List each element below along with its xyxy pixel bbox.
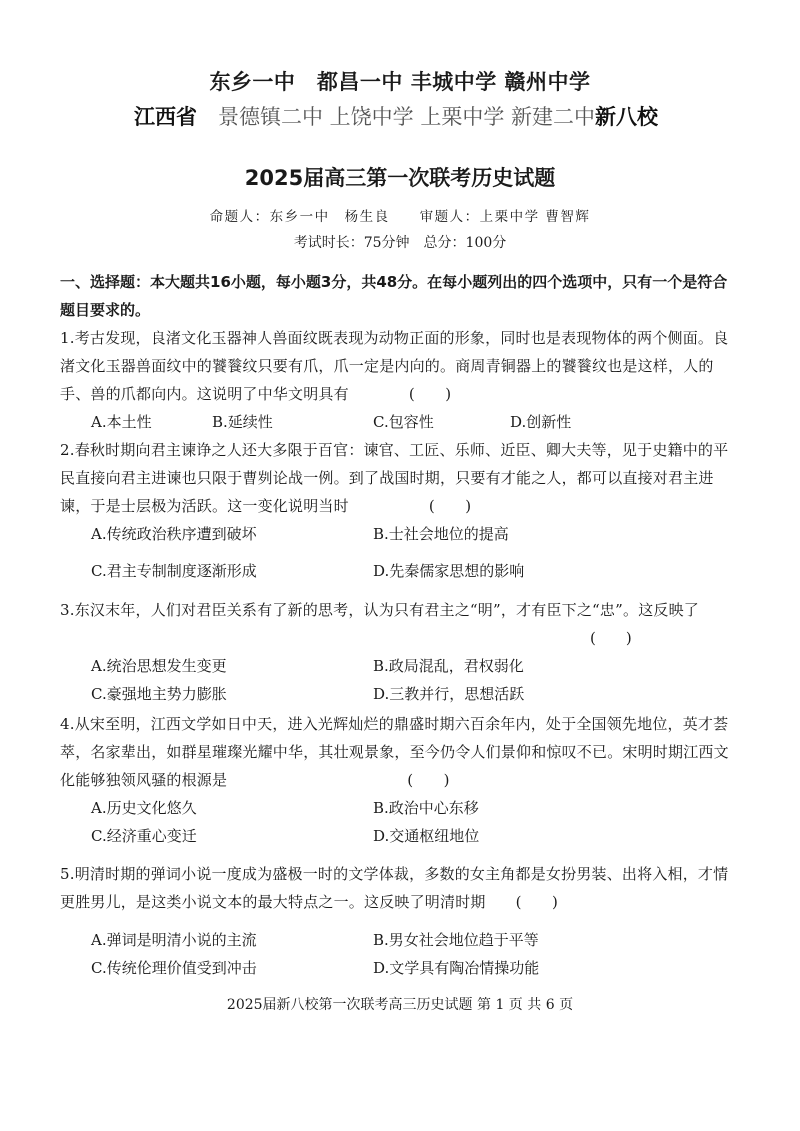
option-5c[interactable]: C.传统伦理价值受到冲击 bbox=[91, 954, 257, 982]
question-5: 5.明清时期的弹词小说一度成为盛极一时的文学体裁，多数的女主角都是女扮男装、出将… bbox=[60, 860, 740, 916]
option-2b[interactable]: B.士社会地位的提高 bbox=[373, 520, 509, 548]
question-3: 3.东汉末年，人们对君臣关系有了新的思考，认为只有君主之“明”，才有臣下之“忠”… bbox=[60, 596, 740, 624]
exam-title: 2025届高三第一次联考历史试题 bbox=[0, 162, 800, 192]
option-5b[interactable]: B.男女社会地位趋于平等 bbox=[373, 926, 539, 954]
page-footer: 2025届新八校第一次联考高三历史试题 第 1 页 共 6 页 bbox=[0, 994, 800, 1014]
answer-paren: ( ) bbox=[409, 380, 452, 408]
exam-authors: 命题人：东乡一中 杨生良 审题人：上栗中学 曹智辉 bbox=[0, 205, 800, 225]
option-3d[interactable]: D.三教并行，思想活跃 bbox=[373, 680, 524, 708]
question-4: 4.从宋至明，江西文学如日中天，进入光辉灿烂的鼎盛时期六百余年内，处于全国领先地… bbox=[60, 710, 740, 794]
option-1a[interactable]: A.本土性 bbox=[91, 408, 152, 436]
option-2d[interactable]: D.先秦儒家思想的影响 bbox=[373, 557, 524, 585]
option-4b[interactable]: B.政治中心东移 bbox=[373, 794, 479, 822]
option-1c[interactable]: C.包容性 bbox=[373, 408, 434, 436]
question-stem: 春秋时期向君主谏诤之人还大多限于百官：谏官、工匠、乐师、近臣、卿大夫等，见于史籍… bbox=[60, 441, 728, 515]
school-names: 景德镇二中 上饶中学 上栗中学 新建二中 bbox=[218, 105, 595, 129]
question-number: 4. bbox=[60, 715, 75, 733]
option-4c[interactable]: C.经济重心变迁 bbox=[91, 822, 197, 850]
exam-meta: 考试时长：75分钟 总分：100分 bbox=[0, 232, 800, 252]
question-stem: 从宋至明，江西文学如日中天，进入光辉灿烂的鼎盛时期六百余年内，处于全国领先地位，… bbox=[60, 715, 729, 789]
question-number: 2. bbox=[60, 441, 75, 459]
exam-page: 东乡一中 都昌一中 丰城中学 赣州中学 江西省 景德镇二中 上饶中学 上栗中学 … bbox=[0, 0, 800, 1131]
question-number: 3. bbox=[60, 601, 75, 619]
option-3b[interactable]: B.政局混乱，君权弱化 bbox=[373, 652, 524, 680]
school-list-line-1: 东乡一中 都昌一中 丰城中学 赣州中学 bbox=[0, 66, 800, 96]
option-1d[interactable]: D.创新性 bbox=[510, 408, 571, 436]
alliance-name: 新八校 bbox=[595, 105, 658, 129]
option-3a[interactable]: A.统治思想发生变更 bbox=[91, 652, 227, 680]
question-2: 2.春秋时期向君主谏诤之人还大多限于百官：谏官、工匠、乐师、近臣、卿大夫等，见于… bbox=[60, 436, 740, 520]
province-label: 江西省 bbox=[134, 105, 197, 129]
answer-paren-3: ( ) bbox=[590, 624, 632, 652]
school-list-line-2: 江西省 景德镇二中 上饶中学 上栗中学 新建二中新八校 bbox=[134, 101, 658, 131]
question-number: 5. bbox=[60, 865, 75, 883]
answer-paren: ( ) bbox=[429, 492, 472, 520]
option-4d[interactable]: D.交通枢纽地位 bbox=[373, 822, 479, 850]
option-5a[interactable]: A.弹词是明清小说的主流 bbox=[91, 926, 257, 954]
option-2a[interactable]: A.传统政治秩序遭到破坏 bbox=[91, 520, 257, 548]
option-5d[interactable]: D.文学具有陶冶情操功能 bbox=[373, 954, 539, 982]
question-1: 1.考古发现，良渚文化玉器神人兽面纹既表现为动物正面的形象，同时也是表现物体的两… bbox=[60, 324, 740, 408]
answer-paren: ( ) bbox=[407, 766, 450, 794]
section-heading: 一、选择题：本大题共16小题，每小题3分，共48分。在每小题列出的四个选项中，只… bbox=[60, 268, 740, 324]
option-2c[interactable]: C.君主专制制度逐渐形成 bbox=[91, 557, 257, 585]
option-3c[interactable]: C.豪强地主势力膨胀 bbox=[91, 680, 227, 708]
question-stem: 考古发现，良渚文化玉器神人兽面纹既表现为动物正面的形象，同时也是表现物体的两个侧… bbox=[60, 329, 728, 403]
question-stem: 东汉末年，人们对君臣关系有了新的思考，认为只有君主之“明”，才有臣下之“忠”。这… bbox=[75, 601, 699, 619]
question-number: 1. bbox=[60, 329, 75, 347]
question-stem: 明清时期的弹词小说一度成为盛极一时的文学体裁，多数的女主角都是女扮男装、出将入相… bbox=[60, 865, 728, 911]
option-4a[interactable]: A.历史文化悠久 bbox=[91, 794, 197, 822]
answer-paren: ( ) bbox=[516, 888, 559, 916]
option-1b[interactable]: B.延续性 bbox=[212, 408, 273, 436]
